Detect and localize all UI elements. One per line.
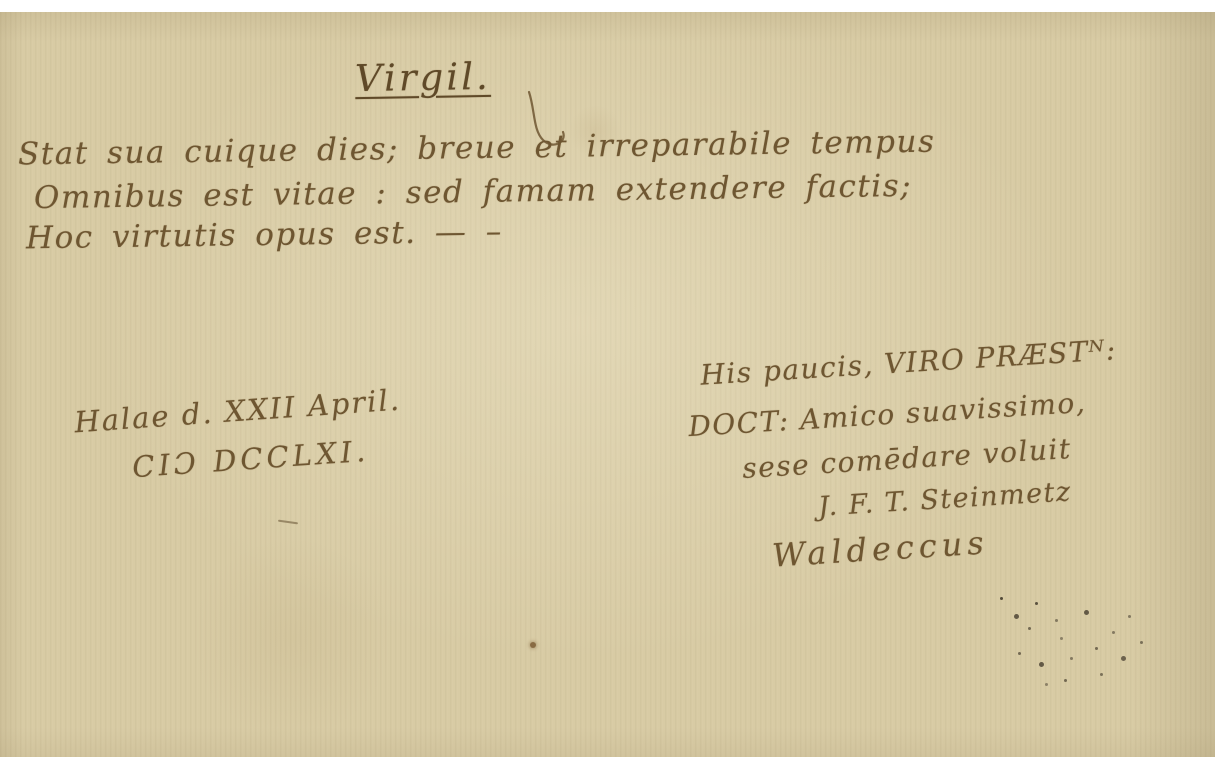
quote-line-3: Hoc virtutis opus est. — – bbox=[26, 214, 503, 257]
page-title: Virgil. bbox=[355, 55, 491, 100]
roman-year-line: CIƆ DCCLXI. bbox=[131, 434, 370, 484]
manuscript-page: Virgil. Stat sua cuique dies; breue et i… bbox=[0, 12, 1215, 757]
quote-line-2: Omnibus est vitae : sed famam extendere … bbox=[34, 168, 912, 216]
stray-pen-mark bbox=[278, 520, 298, 525]
dedication-line-1: His paucis, VIRO PRÆSTᴺ: bbox=[699, 333, 1117, 391]
dedication-line-3: sese comēdare voluit bbox=[741, 432, 1072, 485]
signature-origin: Waldeccus bbox=[771, 523, 990, 574]
manuscript-scan: Virgil. Stat sua cuique dies; breue et i… bbox=[0, 0, 1215, 768]
signature-name: J. F. T. Steinmetz bbox=[817, 476, 1072, 522]
ink-stain-dot bbox=[530, 642, 536, 648]
quote-line-1: Stat sua cuique dies; breue et irreparab… bbox=[18, 124, 936, 173]
ink-specks bbox=[1000, 597, 1003, 600]
place-date-line: Halae d. XXII April. bbox=[73, 383, 402, 440]
